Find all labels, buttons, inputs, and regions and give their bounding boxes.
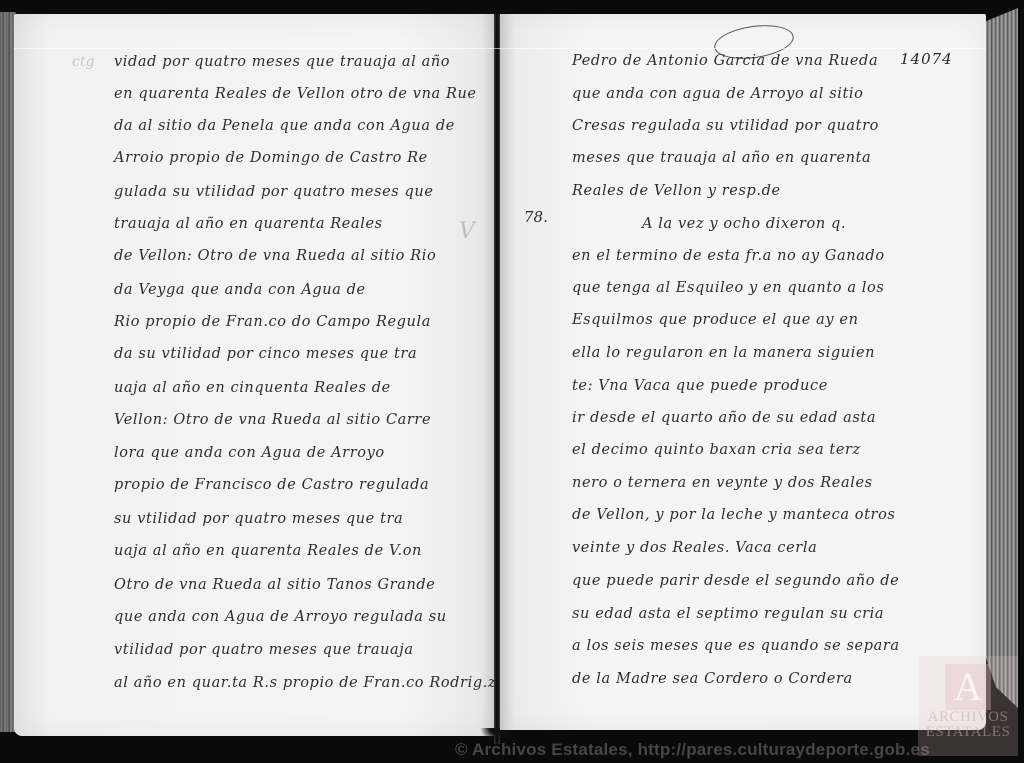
text-line: gulada su vtilidad por quatro meses que [114, 181, 434, 203]
text-line: Pedro de Antonio Garcia de vna Rueda [572, 50, 878, 72]
text-line: a los seis meses que es quando se separa [572, 635, 900, 657]
text-line: en el termino de esta fr.a no ay Ganado [572, 245, 885, 267]
folio-number: 14074 [900, 50, 953, 68]
text-line: de la Madre sea Cordero o Cordera [572, 668, 853, 690]
text-line: nero o ternera en veynte y dos Reales [572, 472, 873, 494]
manuscript-viewer: ctg V vidad por quatro meses que trauaja… [0, 0, 1024, 763]
text-line: lora que anda con Agua de Arroyo [114, 442, 385, 464]
text-line: Otro de vna Rueda al sitio Tanos Grande [114, 574, 435, 596]
text-line: su edad asta el septimo regulan su cria [572, 603, 884, 625]
text-line: vidad por quatro meses que trauaja al añ… [114, 51, 450, 73]
scan-artifact-line [14, 48, 986, 49]
text-line: propio de Francisco de Castro regulada [114, 474, 429, 496]
text-line: uaja al año en quarenta Reales de V.on [114, 540, 422, 562]
book-edge-right [984, 8, 1018, 708]
text-line: Cresas regulada su vtilidad por quatro [572, 115, 879, 137]
text-line: en quarenta Reales de Vellon otro de vna… [114, 83, 477, 105]
logo-line-2: ESTATALES [918, 725, 1018, 740]
text-line: da su vtilidad por cinco meses que tra [114, 343, 417, 365]
text-line: Reales de Vellon y resp.de [572, 180, 781, 202]
text-line: que anda con agua de Arroyo al sitio [572, 83, 863, 105]
text-line: de Vellon, y por la leche y manteca otro… [572, 504, 895, 526]
logo-letter-icon: A [945, 664, 991, 710]
text-line: trauaja al año en quarenta Reales [114, 213, 383, 235]
text-line: Vellon: Otro de vna Rueda al sitio Carre [114, 409, 431, 431]
text-line: vtilidad por quatro meses que trauaja [114, 639, 414, 661]
text-line: da Veyga que anda con Agua de [114, 279, 366, 301]
text-line: meses que trauaja al año en quarenta [572, 147, 871, 169]
logo-line-1: ARCHIVOS [918, 710, 1018, 725]
text-line: Esquilmos que produce el que ay en [572, 309, 859, 331]
text-line: su vtilidad por quatro meses que tra [114, 508, 403, 530]
text-line: te: Vna Vaca que puede produce [572, 375, 828, 397]
text-line: el decimo quinto baxan cria sea terz [572, 439, 861, 461]
text-line: Rio propio de Fran.co do Campo Regula [114, 311, 431, 333]
text-line: ir desde el quarto año de su edad asta [572, 407, 876, 429]
text-line: de Vellon: Otro de vna Rueda al sitio Ri… [114, 245, 436, 267]
archivos-estatales-logo: A ARCHIVOS ESTATALES [918, 656, 1018, 756]
copyright-watermark: © Archivos Estatales, http://pares.cultu… [455, 740, 930, 760]
text-line: veinte y dos Reales. Vaca cerla [572, 537, 817, 559]
text-line: que anda con Agua de Arroyo regulada su [114, 606, 447, 628]
corner-note: ctg [72, 54, 94, 70]
text-line: al año en quar.ta R.s propio de Fran.co … [114, 672, 496, 694]
text-line: A la vez y ocho dixeron q. [642, 213, 846, 235]
margin-mark: V [459, 219, 475, 244]
right-page: 14074 78. Pedro de Antonio Garcia de vna… [500, 14, 986, 730]
margin-number: 78. [524, 208, 548, 226]
text-line: uaja al año en cinquenta Reales de [114, 377, 391, 399]
left-page: ctg V vidad por quatro meses que trauaja… [14, 14, 496, 736]
text-line: Arroio propio de Domingo de Castro Re [114, 147, 428, 169]
text-line: que tenga al Esquileo y en quanto a los [572, 277, 884, 299]
text-line: ella lo regularon en la manera siguien [572, 342, 875, 364]
text-line: que puede parir desde el segundo año de [572, 570, 899, 592]
text-line: da al sitio da Penela que anda con Agua … [114, 115, 455, 137]
